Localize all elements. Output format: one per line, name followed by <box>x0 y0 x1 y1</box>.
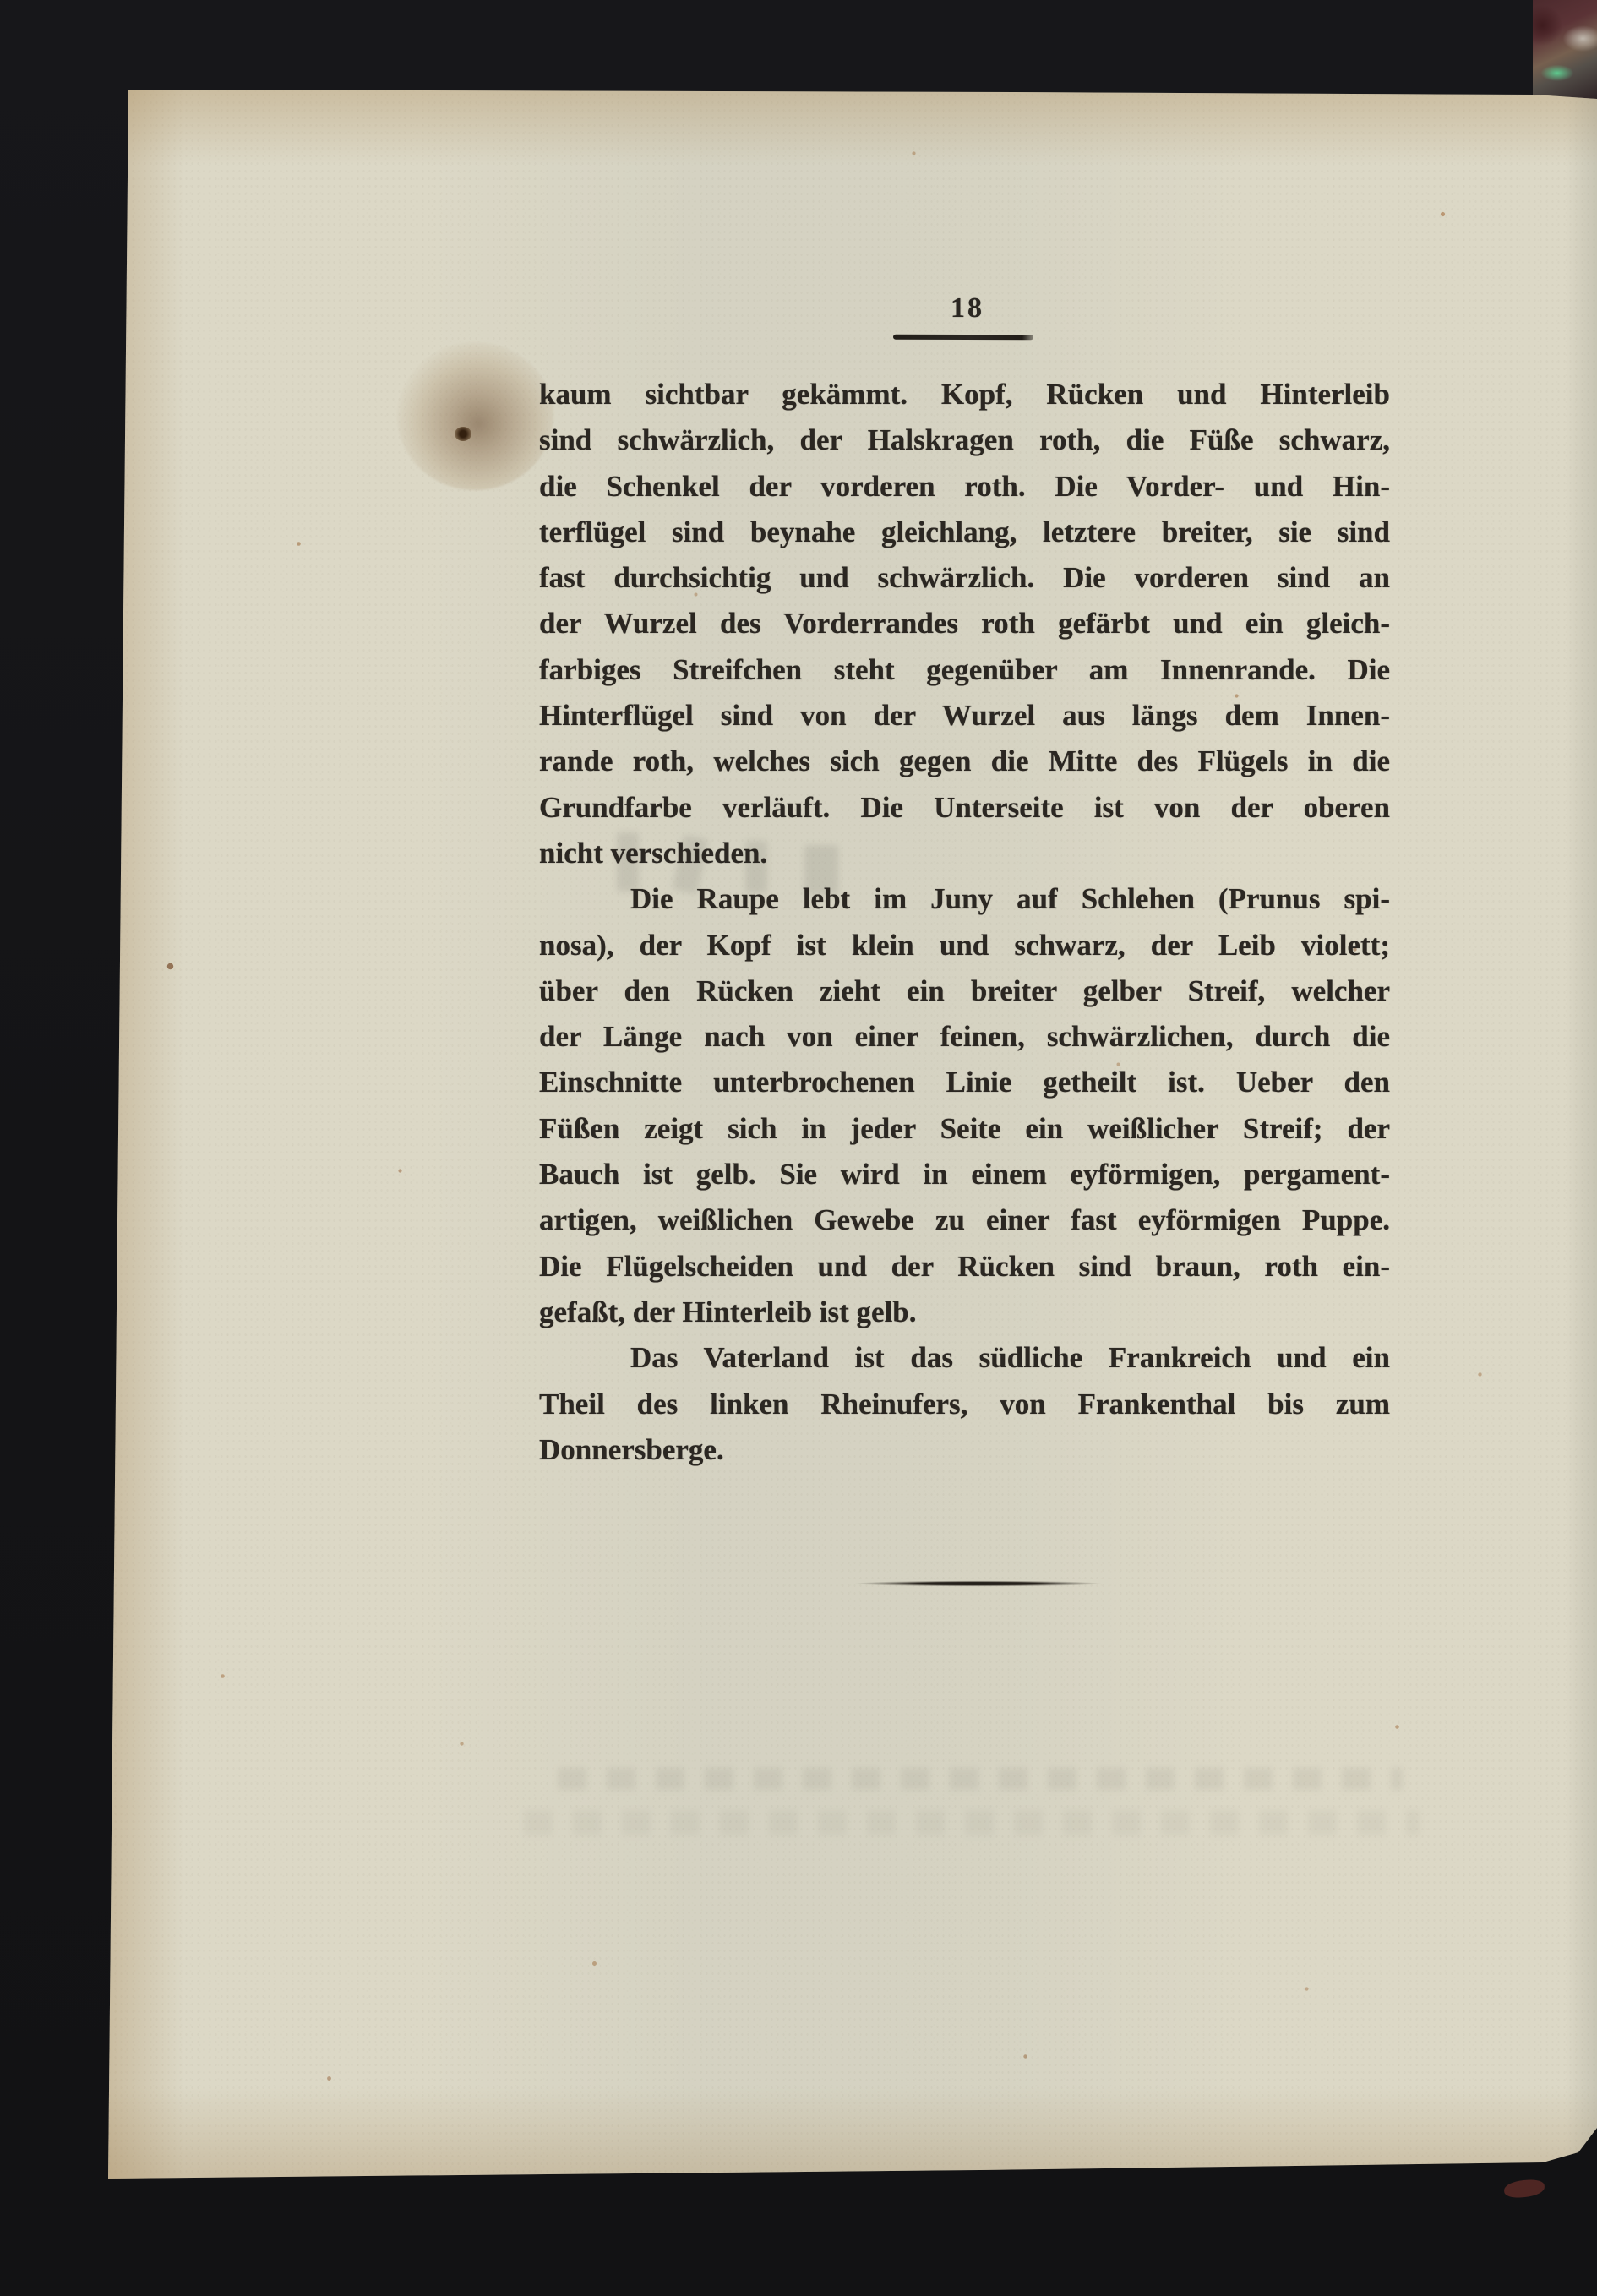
text-line: gefaßt, der Hinterleib ist gelb. <box>539 1290 1390 1335</box>
text-line: Theil des linken Rheinufers, von Franken… <box>539 1382 1390 1427</box>
text-line: Hinterflügel sind von der Wurzel aus län… <box>539 693 1390 739</box>
text-line: Die Flügelscheiden und der Rücken sind b… <box>539 1244 1390 1290</box>
text-line: der Länge nach von einer feinen, schwärz… <box>539 1014 1390 1060</box>
book-page: 18 kaum sichtbar gekämmt. Kopf, Rücken u… <box>0 0 1597 2296</box>
text-line: über den Rücken zieht ein breiter gelber… <box>539 968 1390 1014</box>
paper-specks <box>0 0 3 3</box>
text-line: Füßen zeigt sich in jeder Seite ein weiß… <box>539 1106 1390 1152</box>
text-line: rande roth, welches sich gegen die Mitte… <box>539 739 1390 784</box>
text-line: Bauch ist gelb. Sie wird in einem eyförm… <box>539 1152 1390 1197</box>
section-divider <box>832 1580 1124 1587</box>
book-spine-sliver <box>1503 2179 1545 2199</box>
page-number: 18 <box>883 292 1052 324</box>
ink-stain-core <box>455 427 471 441</box>
text-line: Grundfarbe verläuft. Die Unterseite ist … <box>539 785 1390 831</box>
text-line: Donnersberge. <box>539 1427 1390 1473</box>
text-block: kaum sichtbar gekämmt. Kopf, Rücken und … <box>539 372 1390 1473</box>
page-edge-shading <box>108 85 1597 165</box>
page-edge-shading <box>108 85 184 2180</box>
page-edge-shading <box>108 2087 1597 2180</box>
book-cover-corner <box>1533 0 1597 101</box>
text-line: artigen, weißlichen Gewebe zu einer fast… <box>539 1197 1390 1243</box>
text-line: die Schenkel der vorderen roth. Die Vord… <box>539 464 1390 510</box>
page-edge-shading <box>1565 93 1597 2163</box>
show-through-text <box>558 1768 1403 1790</box>
text-line: farbiges Streifchen steht gegenüber am I… <box>539 647 1390 693</box>
text-line: Das Vaterland ist das südliche Frankreic… <box>539 1335 1390 1381</box>
page-number-underline <box>893 335 1033 341</box>
photo-background: 18 kaum sichtbar gekämmt. Kopf, Rücken u… <box>0 0 1597 2296</box>
text-line: sind schwärzlich, der Halskragen roth, d… <box>539 417 1390 463</box>
text-line: Die Raupe lebt im Juny auf Schlehen (Pru… <box>539 876 1390 922</box>
text-line: nicht verschieden. <box>539 831 1390 876</box>
text-line: terflügel sind beynahe gleichlang, letzt… <box>539 510 1390 555</box>
show-through-text <box>524 1810 1420 1835</box>
text-line: kaum sichtbar gekämmt. Kopf, Rücken und … <box>539 372 1390 417</box>
text-line: fast durchsichtig und schwärzlich. Die v… <box>539 555 1390 601</box>
text-line: nosa), der Kopf ist klein und schwarz, d… <box>539 923 1390 968</box>
text-line: der Wurzel des Vorderrandes roth gefärbt… <box>539 601 1390 646</box>
text-line: Einschnitte unterbrochenen Linie getheil… <box>539 1060 1390 1105</box>
ink-stain <box>397 342 553 490</box>
